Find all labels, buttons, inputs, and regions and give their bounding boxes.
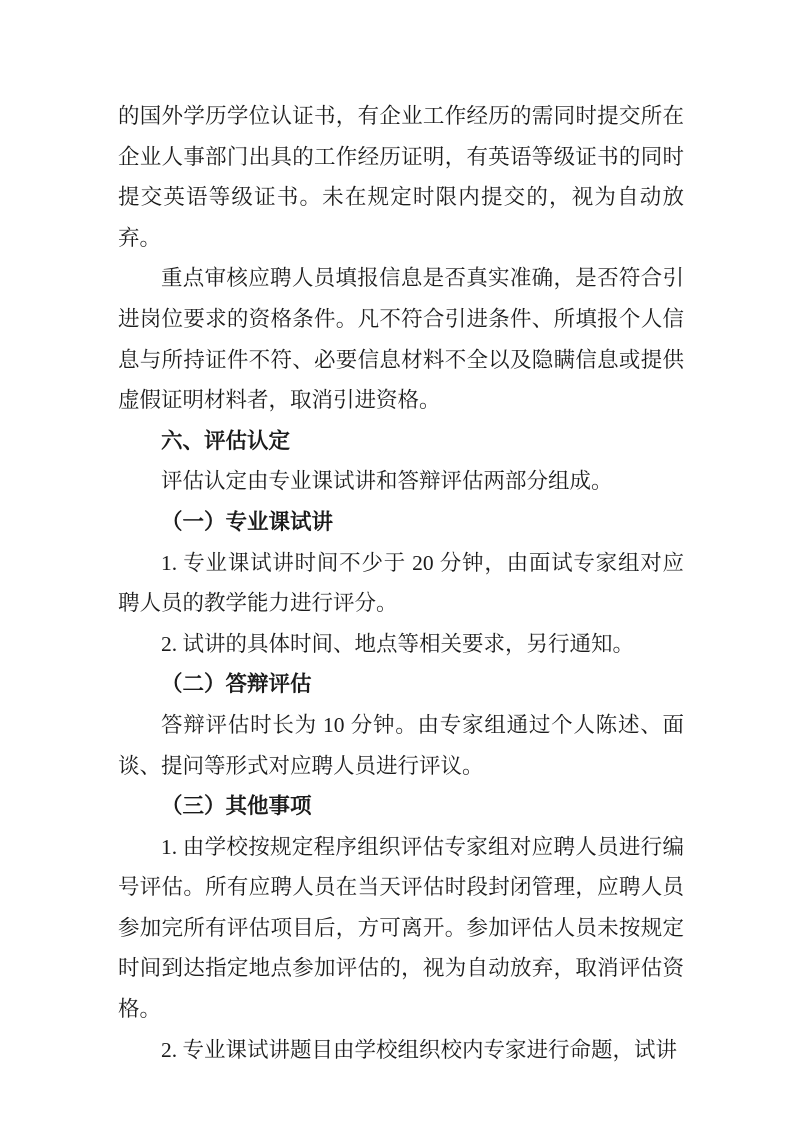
- body-paragraph: 重点审核应聘人员填报信息是否真实准确，是否符合引进岗位要求的资格条件。凡不符合引…: [118, 258, 684, 420]
- section-heading: （一）专业课试讲: [118, 502, 684, 543]
- document-body: 的国外学历学位认证书，有企业工作经历的需同时提交所在企业人事部门出具的工作经历证…: [118, 96, 684, 1070]
- document-page: 的国外学历学位认证书，有企业工作经历的需同时提交所在企业人事部门出具的工作经历证…: [0, 0, 800, 1131]
- section-heading: （二）答辩评估: [118, 664, 684, 705]
- section-heading: （三）其他事项: [118, 786, 684, 827]
- section-heading: 六、评估认定: [118, 421, 684, 462]
- body-paragraph: 的国外学历学位认证书，有企业工作经历的需同时提交所在企业人事部门出具的工作经历证…: [118, 96, 684, 258]
- body-paragraph: 评估认定由专业课试讲和答辩评估两部分组成。: [118, 461, 684, 502]
- body-paragraph: 2. 专业课试讲题目由学校组织校内专家进行命题，试讲: [118, 1030, 684, 1071]
- body-paragraph: 1. 由学校按规定程序组织评估专家组对应聘人员进行编号评估。所有应聘人员在当天评…: [118, 827, 684, 1030]
- body-paragraph: 答辩评估时长为 10 分钟。由专家组通过个人陈述、面谈、提问等形式对应聘人员进行…: [118, 705, 684, 786]
- body-paragraph: 1. 专业课试讲时间不少于 20 分钟，由面试专家组对应聘人员的教学能力进行评分…: [118, 543, 684, 624]
- body-paragraph: 2. 试讲的具体时间、地点等相关要求，另行通知。: [118, 624, 684, 665]
